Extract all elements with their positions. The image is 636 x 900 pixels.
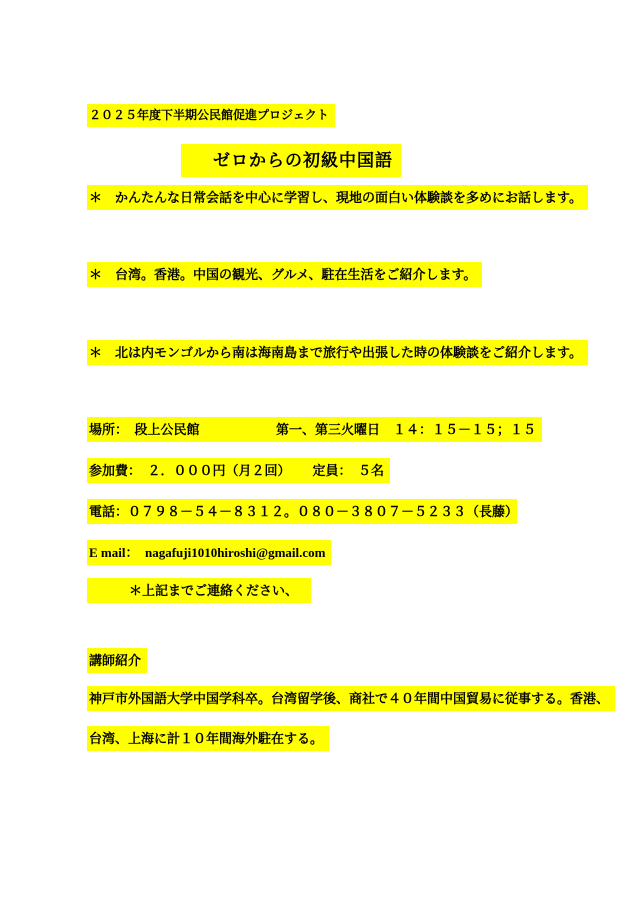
fee-capacity-line: 参加費： ２．０００円（月２回） 定員： ５名 <box>87 458 390 483</box>
location-schedule-line: 場所： 段上公民館 第一、第三火曜日 １４：１５－１５；１５ <box>87 417 542 442</box>
capacity-value: 定員： ５名 <box>312 462 384 479</box>
bullet-item: ＊ 台湾。香港。中国の観光、グルメ、駐在生活をご紹介します。 <box>87 262 482 287</box>
phone-contact-name: （長藤） <box>466 503 518 520</box>
page-title: ゼロからの初級中国語 <box>181 144 401 177</box>
contact-note: ＊上記までご連絡ください、 <box>87 578 311 603</box>
email-line: E mail： nagafuji1010hiroshi@gmail.com <box>87 540 331 565</box>
bullet-item: ＊ 北は内モンゴルから南は海南島まで旅行や出張した時の体験談をご紹介します。 <box>87 340 588 365</box>
location-value: 場所： 段上公民館 <box>89 421 200 438</box>
instructor-bio-line: 台湾、上海に計１０年間海外駐在する。 <box>87 726 329 751</box>
document-page: ２０２５年度下半期公民館促進プロジェクト ゼロからの初級中国語 ＊ かんたんな日… <box>0 0 636 900</box>
instructor-heading: 講師紹介 <box>87 648 147 673</box>
fee-value: 参加費： ２．０００円（月２回） <box>89 462 291 479</box>
project-header: ２０２５年度下半期公民館促進プロジェクト <box>87 104 335 127</box>
schedule-value: 第一、第三火曜日 １４：１５－１５；１５ <box>276 421 536 438</box>
phone-line: 電話：０７９８－５４－８３１２。 ０８０－３８０７－５２３３ （長藤） <box>87 499 517 524</box>
instructor-bio-line: 神戸市外国語大学中国学科卒。台湾留学後、商社で４０年間中国貿易に従事する。香港、 <box>87 686 615 711</box>
phone-number-1: 電話：０７９８－５４－８３１２。 <box>89 503 297 520</box>
phone-number-2: ０８０－３８０７－５２３３ <box>297 503 466 520</box>
bullet-item: ＊ かんたんな日常会話を中心に学習し、現地の面白い体験談を多めにお話します。 <box>87 185 588 210</box>
